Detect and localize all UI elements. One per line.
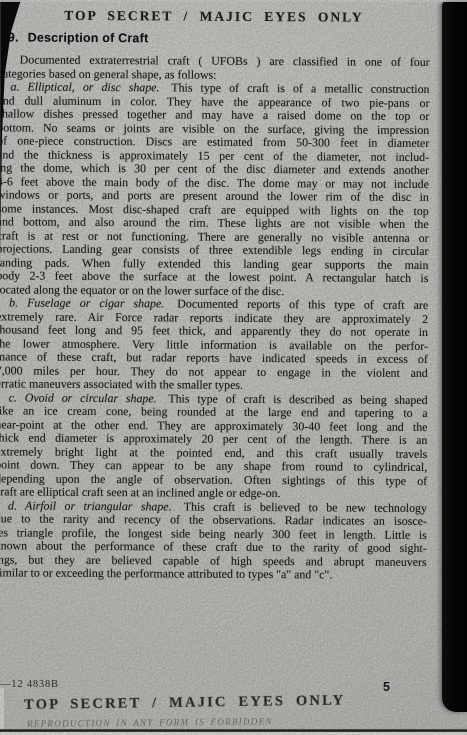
- paragraph-c-ovoid: c. Ovoid or circular shape. This type of…: [0, 391, 428, 502]
- paragraph-d-lines: d. Airfoil or triangular shape. This cra…: [0, 499, 427, 569]
- document-body: Documented extraterrestrial craft ( UFOB…: [0, 53, 430, 582]
- page-number: 5: [383, 680, 390, 694]
- document-id-stamp: —12 4838B: [0, 679, 59, 690]
- page-content: TOP SECRET / MAJIC EYES ONLY 9.Descripti…: [0, 7, 430, 582]
- top-scan-edge: [0, 0, 467, 2]
- section-title: Description of Craft: [28, 31, 149, 46]
- reproduction-notice: REPRODUCTION IN ANY FORM IS FORBIDDEN: [27, 716, 273, 729]
- paragraph-b-fuselage: b. Fuselage or cigar shape. Documented r…: [0, 296, 428, 393]
- paragraph-a-elliptical: a. Elliptical, or disc shape. This type …: [0, 80, 430, 299]
- paragraph-c-lines: c. Ovoid or circular shape. This type of…: [0, 391, 428, 488]
- paragraph-intro: Documented extraterrestrial craft ( UFOB…: [0, 53, 430, 83]
- section-heading: 9.Description of Craft: [8, 30, 430, 47]
- paragraph-a-text: This type of craft is of a metallic cons…: [0, 80, 430, 285]
- paragraph-a-lines: a. Elliptical, or disc shape. This type …: [0, 80, 430, 285]
- paragraph-d-airfoil: d. Airfoil or triangular shape. This cra…: [0, 499, 427, 583]
- paragraph-b-lines: b. Fuselage or cigar shape. Documented r…: [0, 296, 428, 380]
- left-page-edge-highlight: [0, 688, 4, 732]
- paragraph-c-text: This type of craft is described as being…: [0, 391, 428, 488]
- bottom-classification-banner: TOP SECRET / MAJIC EYES ONLY: [24, 692, 369, 714]
- paragraph-d-lastline: similar to or exceeding the performance …: [0, 566, 427, 582]
- scanned-document-page: TOP SECRET / MAJIC EYES ONLY 9.Descripti…: [0, 0, 467, 735]
- top-classification-banner: TOP SECRET / MAJIC EYES ONLY: [0, 7, 430, 26]
- paragraph-b-text: Documented reports of this type of craft…: [0, 296, 428, 379]
- right-scan-border: [442, 0, 467, 712]
